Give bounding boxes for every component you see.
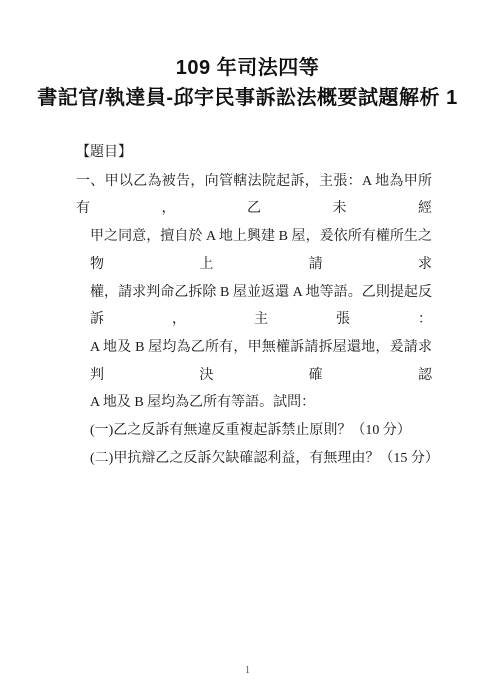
- question-line: A 地及 B 屋均為乙所有等語。試問：: [76, 389, 432, 417]
- document-page: 109 年司法四等 書記官/執達員-邱宇民事訴訟法概要試題解析 1 【題目】 一…: [0, 0, 495, 700]
- page-number: 1: [0, 666, 495, 676]
- page-title: 109 年司法四等: [0, 0, 495, 83]
- question-line: 權，請求判命乙拆除 B 屋並返還 A 地等語。乙則提起反訴，主張：: [76, 279, 432, 334]
- question-line: (一)乙之反訴有無違反重複起訴禁止原則？（10 分）: [76, 417, 432, 445]
- question-line: A 地及 B 屋均為乙所有，甲無權訴請拆屋還地，爰請求判決確認: [76, 334, 432, 389]
- question-line: 甲之同意，擅自於 A 地上興建 B 屋，爰依所有權所生之物上請求: [76, 223, 432, 278]
- page-subtitle: 書記官/執達員-邱宇民事訴訟法概要試題解析 1: [0, 83, 495, 113]
- question-line: 一、甲以乙為被告，向管轄法院起訴，主張：A 地為甲所有，乙未經: [76, 168, 432, 223]
- question-body: 【題目】 一、甲以乙為被告，向管轄法院起訴，主張：A 地為甲所有，乙未經 甲之同…: [0, 139, 495, 472]
- section-label: 【題目】: [76, 139, 432, 167]
- question-line: (二)甲抗辯乙之反訴欠缺確認利益，有無理由？（15 分）: [76, 445, 432, 473]
